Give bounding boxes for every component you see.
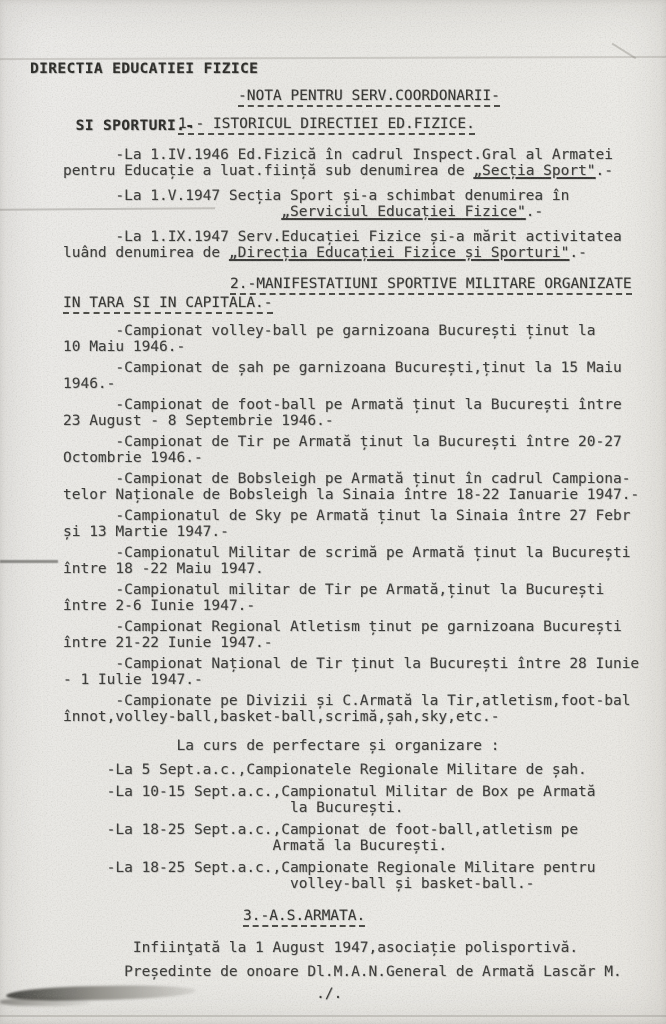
note-title: -NOTA PENTRU SERV.COORDONARII-: [63, 88, 654, 107]
list-item: -Campionat de Tir pe Armată ținut la Buc…: [63, 434, 654, 466]
section3-line2: Președinte de onoare Dl.M.A.N.General de…: [63, 964, 654, 980]
paragraph-text: .-: [596, 163, 613, 179]
note-title-text: -NOTA PENTRU SERV.COORDONARII-: [238, 88, 500, 107]
section1-heading: 1.- ISTORICUL DIRECTIEI ED.FIZICE.: [63, 116, 654, 135]
section2-heading-text2: IN TARA SI IN CAPITALA.-: [63, 295, 273, 314]
list-item: -Campionat volley-ball pe garnizoana Buc…: [63, 323, 654, 355]
underlined-phrase: „Secția Sport": [473, 163, 595, 179]
list-item: -Campionatul militar de Tir pe Armată,ți…: [63, 582, 654, 614]
list-item: -Campionat de Bobsleigh pe Armată ținut …: [63, 471, 654, 503]
section2-heading-text1: 2.-MANIFESTATIUNI SPORTIVE MILITARE ORGA…: [230, 276, 632, 295]
underlined-phrase: „Serviciul Educației Fizice": [281, 204, 525, 220]
page-continuation-mark: ./.: [63, 986, 654, 1002]
document-body: -NOTA PENTRU SERV.COORDONARII- 1.- ISTOR…: [0, 0, 666, 1002]
section3-heading: 3.-A.S.ARMATA.: [63, 908, 654, 927]
scan-streak: [0, 1015, 666, 1017]
paragraph-1946-founding: -La 1.IV.1946 Ed.Fizică în cadrul Inspec…: [63, 147, 654, 179]
course-item: -La 18-25 Sept.a.c.,Campionat de foot-ba…: [63, 822, 654, 854]
list-item: -Campionat Național de Tir ținut la Bucu…: [63, 656, 654, 688]
course-item: -La 5 Sept.a.c.,Campionatele Regionale M…: [63, 762, 654, 778]
course-intro: La curs de perfectare și organizare :: [63, 738, 654, 754]
course-item: -La 18-25 Sept.a.c.,Campionate Regionale…: [63, 860, 654, 892]
section3-line1: Infiinţată la 1 August 1947,asociație po…: [63, 940, 654, 956]
course-item: -La 10-15 Sept.a.c.,Campionatul Militar …: [63, 784, 654, 816]
paragraph-1947-rename: -La 1.V.1947 Secția Sport și-a schimbat …: [63, 188, 654, 220]
underlined-phrase: „Direcția Educației Fizice și Sporturi": [229, 245, 569, 261]
section1-heading-text: 1.- ISTORICUL DIRECTIEI ED.FIZICE.: [178, 116, 475, 135]
list-item: -Campionatul de Sky pe Armată ținut la S…: [63, 508, 654, 540]
section2-heading-line2: IN TARA SI IN CAPITALA.-: [63, 295, 654, 314]
list-item: -Campionate pe Divizii și C.Armată la Ti…: [63, 693, 654, 725]
list-item: -Campionat de șah pe garnizoana Bucureșt…: [63, 360, 654, 392]
paragraph-text: .-: [526, 204, 543, 220]
section3-heading-text: 3.-A.S.ARMATA.: [243, 908, 365, 927]
list-item: -Campionatul Militar de scrimă pe Armată…: [63, 545, 654, 577]
section2-heading-line1: 2.-MANIFESTATIUNI SPORTIVE MILITARE ORGA…: [63, 276, 654, 295]
list-item: -Campionat de foot-ball pe Armată ținut …: [63, 397, 654, 429]
paragraph-1947-expansion: -La 1.IX.1947 Serv.Educației Fizice și-a…: [63, 229, 654, 261]
paragraph-text: .-: [569, 245, 586, 261]
list-item: -Campionat Regional Atletism ținut pe ga…: [63, 619, 654, 651]
scanned-document-page: DIRECTIA EDUCATIEI FIZICE SI SPORTURI.- …: [0, 0, 666, 1024]
